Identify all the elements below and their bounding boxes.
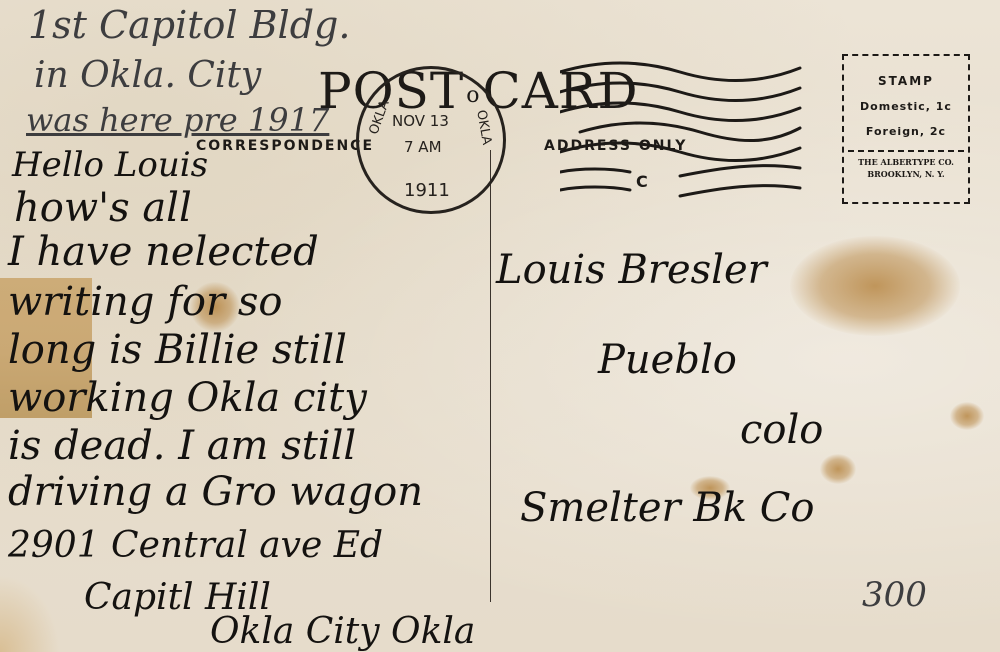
aged-corner [0, 575, 60, 652]
publisher-line-1: THE ALBERTYPE CO. [844, 156, 968, 168]
message-line: I have nelected [8, 232, 319, 272]
stamp-foreign: Foreign, 2c [844, 125, 968, 138]
message-line: Okla City Okla [210, 614, 475, 650]
postmark-year: 1911 [404, 180, 450, 201]
message-line: 2901 Central ave Ed [8, 528, 383, 564]
postcard-back: POSToCARD CORRESPONDENCE ADDRESS ONLY ST… [0, 0, 1000, 652]
stain [950, 402, 984, 430]
correspondence-label: CORRESPONDENCE [196, 138, 374, 154]
postmark-time: 7 AM [404, 138, 442, 156]
pencil-note-line-2: in Okla. City [34, 58, 261, 94]
stamp-domestic: Domestic, 1c [844, 100, 968, 113]
message-line: writing for so [8, 282, 282, 322]
pencil-note-line-3: was here pre 1917 [26, 104, 329, 136]
stamp-separator [848, 150, 964, 152]
postmark-date: NOV 13 [392, 112, 449, 130]
message-line: long is Billie still [8, 330, 347, 370]
address-city: Pueblo [598, 340, 737, 380]
price-note: 300 [862, 578, 927, 612]
cancel-letter: C [636, 172, 648, 191]
message-line: is dead. I am still [8, 426, 356, 466]
address-state: colo [740, 410, 823, 450]
cancellation-wave-lines [560, 50, 820, 200]
stain [790, 236, 960, 336]
message-line: Hello Louis [12, 148, 208, 182]
publisher-line-2: BROOKLYN, N. Y. [844, 168, 968, 180]
address-name: Louis Bresler [496, 250, 767, 290]
stamp-title: STAMP [844, 74, 968, 88]
address-care-of: Smelter Bk Co [520, 488, 814, 528]
stain [820, 454, 856, 484]
message-line: how's all [14, 188, 192, 228]
stamp-box: STAMP Domestic, 1c Foreign, 2c THE ALBER… [842, 54, 970, 204]
divider-line [490, 150, 491, 602]
message-line: working Okla city [8, 378, 367, 418]
message-line: driving a Gro wagon [8, 472, 423, 512]
pencil-note-line-1: 1st Capitol Bldg. [28, 6, 350, 44]
